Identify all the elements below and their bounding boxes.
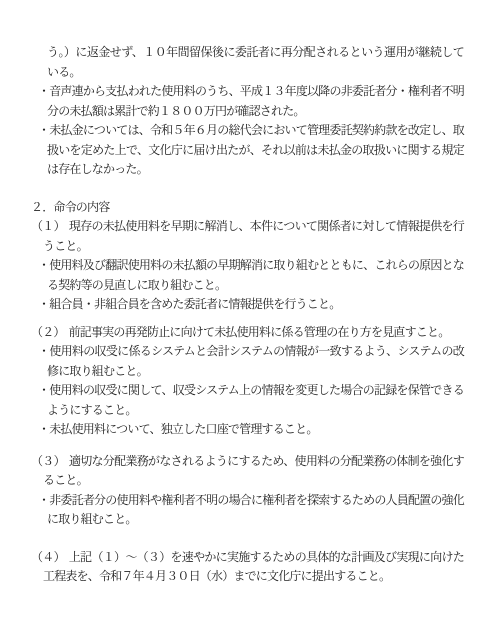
item-bullet: ・使用料及び翻訳使用料の未払額の早期解消に取り組むとともに、これらの原因となる契…: [31, 256, 464, 295]
item-number: （４）: [31, 550, 65, 564]
item-number: （１）: [31, 219, 65, 233]
item-bullet: ・使用料の収受に係るシステムと会計システムの情報が一致するよう、システムの改修に…: [31, 342, 464, 381]
item-bullet: ・組合員・非組合員を含めた委託者に情報提供を行うこと。: [31, 295, 464, 315]
item-text: 上記（１）～（３）を速やかに実施するための具体的な計画及び実現に向けた工程表を、…: [43, 550, 464, 584]
intro-block: う。）に返金せず、１０年間留保後に委託者に再分配されるという運用が継続している。…: [31, 43, 464, 180]
bullet-text: 音声連から支払われた使用料のうち、平成１３年度以降の非委託者分・権利者不明分の未…: [47, 84, 464, 118]
bullet-marker: ・: [38, 493, 49, 507]
intro-bullet-1: ・音声連から支払われた使用料のうち、平成１３年度以降の非委託者分・権利者不明分の…: [31, 82, 464, 121]
order-item-3: （３）適切な分配業務がなされるようにするため、使用料の分配業務の体制を強化するこ…: [31, 452, 464, 530]
bullet-marker: ・: [38, 258, 49, 272]
bullet-marker: ・: [38, 383, 49, 397]
bullet-marker: ・: [38, 297, 49, 311]
item-paragraph: （１）現存の未払使用料を早期に解消し、本件について関係者に対して情報提供を行うこ…: [31, 217, 464, 256]
order-item-2: （２）前記事実の再発防止に向けて未払使用料に係る管理の在り方を見直すこと。 ・使…: [31, 323, 464, 440]
bullet-marker: ・: [38, 123, 49, 137]
item-number: （３）: [31, 454, 65, 468]
item-text: 適切な分配業務がなされるようにするため、使用料の分配業務の体制を強化すること。: [43, 454, 464, 488]
bullet-marker: ・: [38, 84, 49, 98]
item-paragraph: （３）適切な分配業務がなされるようにするため、使用料の分配業務の体制を強化するこ…: [31, 452, 464, 491]
bullet-text: 未払使用料について、独立した口座で管理すること。: [49, 422, 317, 436]
bullet-text: 非委託者分の使用料や権利者不明の場合に権利者を探索するための人員配置の強化に取り…: [47, 493, 464, 527]
order-item-1: （１）現存の未払使用料を早期に解消し、本件について関係者に対して情報提供を行うこ…: [31, 217, 464, 315]
item-text: 前記事実の再発防止に向けて未払使用料に係る管理の在り方を見直すこと。: [69, 325, 450, 339]
item-paragraph: （４）上記（１）～（３）を速やかに実施するための具体的な計画及び実現に向けた工程…: [31, 548, 464, 587]
intro-continuation-paragraph: う。）に返金せず、１０年間留保後に委託者に再分配されるという運用が継続している。: [31, 43, 464, 82]
bullet-text: 使用料及び翻訳使用料の未払額の早期解消に取り組むとともに、これらの原因となる契約…: [47, 258, 464, 292]
bullet-marker: ・: [38, 422, 49, 436]
item-text: 現存の未払使用料を早期に解消し、本件について関係者に対して情報提供を行うこと。: [43, 219, 464, 253]
section-heading: ２．命令の内容: [31, 198, 464, 218]
bullet-text: 組合員・非組合員を含めた委託者に情報提供を行うこと。: [49, 297, 340, 311]
item-bullet: ・使用料の収受に関して、収受システム上の情報を変更した場合の記録を保管できるよう…: [31, 381, 464, 420]
item-bullet: ・非委託者分の使用料や権利者不明の場合に権利者を探索するための人員配置の強化に取…: [31, 491, 464, 530]
document-page: う。）に返金せず、１０年間留保後に委託者に再分配されるという運用が継続している。…: [0, 0, 490, 622]
bullet-text: 未払金については、令和５年６月の総代会において管理委託契約約款を改定し、取扱いを…: [47, 123, 464, 176]
item-number: （２）: [31, 325, 65, 339]
bullet-marker: ・: [38, 344, 49, 358]
order-item-4: （４）上記（１）～（３）を速やかに実施するための具体的な計画及び実現に向けた工程…: [31, 548, 464, 587]
bullet-text: 使用料の収受に係るシステムと会計システムの情報が一致するよう、システムの改修に取…: [47, 344, 464, 378]
item-bullet: ・未払使用料について、独立した口座で管理すること。: [31, 420, 464, 440]
bullet-text: 使用料の収受に関して、収受システム上の情報を変更した場合の記録を保管できるように…: [47, 383, 464, 417]
intro-bullet-2: ・未払金については、令和５年６月の総代会において管理委託契約約款を改定し、取扱い…: [31, 121, 464, 180]
item-paragraph: （２）前記事実の再発防止に向けて未払使用料に係る管理の在り方を見直すこと。: [31, 323, 464, 343]
